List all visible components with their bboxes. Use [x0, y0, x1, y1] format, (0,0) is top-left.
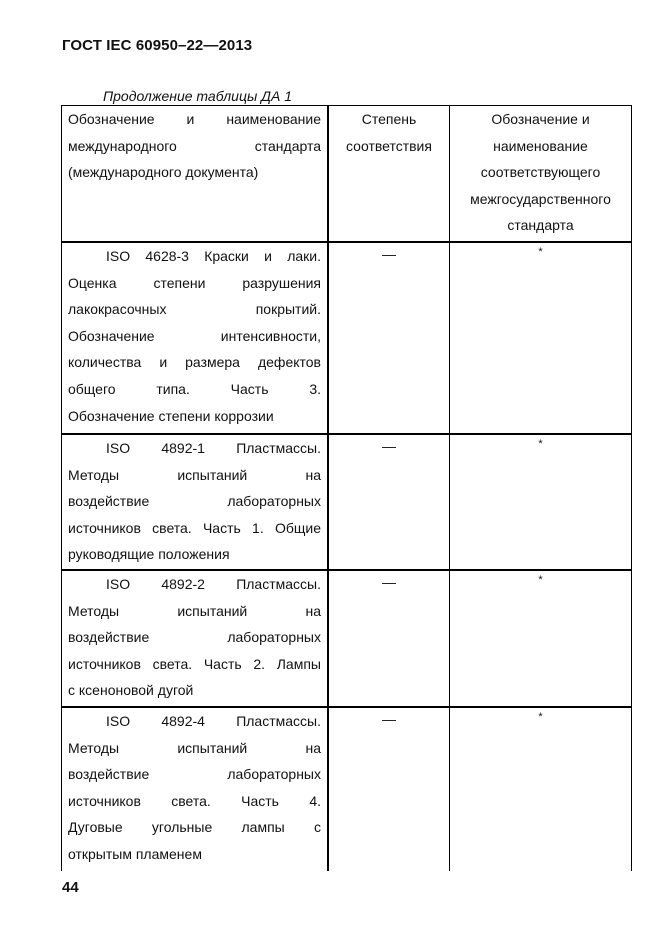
text-line: воздействие лабораторных — [68, 624, 321, 651]
text-line: источников света. Часть 1. Общие — [68, 515, 321, 542]
standard-name-cell: ISO 4628-3 Краски и лаки. Оценка степени… — [61, 243, 327, 433]
document-header: ГОСТ IEC 60950–22—2013 — [62, 37, 252, 54]
text-line: ISO 4892-4 Пластмассы. — [68, 708, 321, 735]
text-line: Оценка степени разрушения — [68, 270, 321, 297]
text-line: с ксеноновой дугой — [68, 677, 321, 704]
degree-value: — — [329, 435, 449, 457]
standard-name-cell: ISO 4892-4 Пластмассы. Методы испытаний … — [61, 708, 327, 871]
text-line: Обозначение интенсивности, — [68, 323, 321, 350]
header-line: стандарта — [450, 212, 631, 239]
text-line: общего типа. Часть 3. — [68, 376, 321, 403]
text-line: Методы испытаний на — [68, 462, 321, 489]
text-line: Методы испытаний на — [68, 735, 321, 762]
degree-value: — — [329, 571, 449, 593]
table-row: ISO 4628-3 Краски и лаки. Оценка степени… — [61, 243, 632, 435]
table-header-row: Обозначение и наименование международног… — [61, 105, 632, 243]
header-line: соответствующего — [450, 159, 631, 186]
text-line: воздействие лабораторных — [68, 761, 321, 788]
header-line: межгосударственного — [450, 186, 631, 213]
text-line: ISO 4892-1 Пластмассы. — [68, 435, 321, 462]
text-line: Дуговые угольные лампы с — [68, 814, 321, 841]
header-line: Степень — [329, 106, 449, 133]
degree-cell: — — [327, 571, 449, 706]
equivalent-value: * — [450, 243, 631, 259]
standard-name-cell: ISO 4892-1 Пластмассы. Методы испытаний … — [61, 435, 327, 569]
header-degree: Степень соответствия — [327, 106, 449, 241]
text-line: открытым пламенем — [68, 841, 321, 868]
text-line: ISO 4892-2 Пластмассы. — [68, 571, 321, 598]
equivalent-cell: * — [449, 243, 632, 433]
page-number: 44 — [62, 879, 79, 896]
equivalent-value: * — [450, 708, 631, 724]
equivalent-cell: * — [449, 435, 632, 569]
text-line: источников света. Часть 2. Лампы — [68, 651, 321, 678]
text-line: ISO 4628-3 Краски и лаки. — [68, 243, 321, 270]
degree-value: — — [329, 243, 449, 265]
text-line: количества и размера дефектов — [68, 349, 321, 376]
table-row: ISO 4892-2 Пластмассы. Методы испытаний … — [61, 571, 632, 708]
standard-name-cell: ISO 4892-2 Пластмассы. Методы испытаний … — [61, 571, 327, 706]
table-row: ISO 4892-4 Пластмассы. Методы испытаний … — [61, 708, 632, 871]
degree-value: — — [329, 708, 449, 730]
equivalent-value: * — [450, 435, 631, 451]
equivalent-cell: * — [449, 571, 632, 706]
header-line: (международного документа) — [68, 159, 321, 186]
table-row: ISO 4892-1 Пластмассы. Методы испытаний … — [61, 435, 632, 571]
text-line: лакокрасочных покрытий. — [68, 296, 321, 323]
degree-cell: — — [327, 243, 449, 433]
header-line: соответствия — [329, 133, 449, 160]
text-line: руководящие положения — [68, 541, 321, 568]
header-line: наименование — [450, 133, 631, 160]
header-line: Обозначение и — [450, 106, 631, 133]
equivalent-cell: * — [449, 708, 632, 871]
header-line: международного стандарта — [68, 133, 321, 160]
header-line: Обозначение и наименование — [68, 106, 321, 133]
table-caption: Продолжение таблицы ДА 1 — [103, 88, 292, 104]
header-interstate-standard: Обозначение и наименование соответствующ… — [449, 106, 632, 241]
equivalent-value: * — [450, 571, 631, 587]
text-line: воздействие лабораторных — [68, 488, 321, 515]
standards-table: Обозначение и наименование международног… — [61, 105, 632, 871]
text-line: Методы испытаний на — [68, 598, 321, 625]
header-international-standard: Обозначение и наименование международног… — [61, 106, 327, 241]
degree-cell: — — [327, 708, 449, 871]
text-line: Обозначение степени коррозии — [68, 403, 321, 430]
text-line: источников света. Часть 4. — [68, 788, 321, 815]
degree-cell: — — [327, 435, 449, 569]
